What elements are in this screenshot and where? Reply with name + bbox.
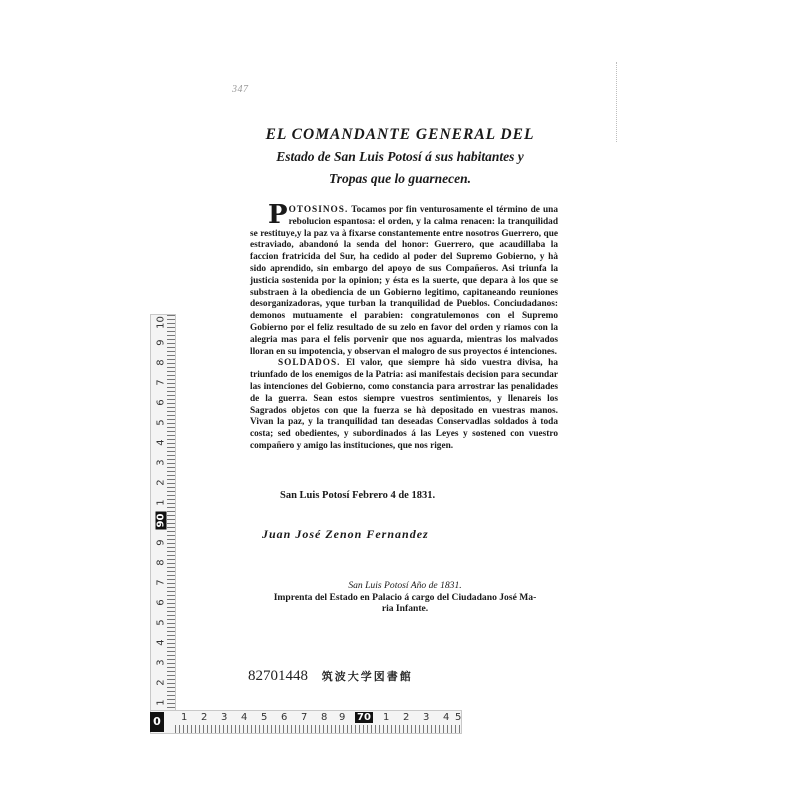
paragraph-lead: OTOSINOS. xyxy=(289,205,349,215)
catalog-number: 82701448 xyxy=(248,668,308,684)
ruler-origin: 0 xyxy=(150,712,164,732)
ruler-label: 7 xyxy=(301,712,307,723)
title-line-1: EL COMANDANTE GENERAL DEL xyxy=(230,124,570,146)
vertical-scale-ruler: 10 9 8 7 6 5 4 3 2 1 90 9 8 7 6 5 4 3 2 … xyxy=(150,314,176,726)
ruler-ticks xyxy=(167,315,175,725)
ruler-label: 6 xyxy=(156,596,167,610)
date-line: San Luis Potosí Febrero 4 de 1831. xyxy=(280,490,435,501)
ruler-label: 7 xyxy=(156,576,167,590)
horizontal-scale-ruler: 1 2 3 4 5 6 7 8 9 70 1 2 3 4 5 xyxy=(150,710,462,734)
ruler-label: 9 xyxy=(339,712,345,723)
margin-mark xyxy=(616,62,623,142)
ruler-label: 1 xyxy=(181,712,187,723)
ruler-label: 2 xyxy=(156,676,167,690)
ruler-label: 4 xyxy=(156,436,167,450)
paragraph-text: Tocamos por fin venturosamente el términ… xyxy=(250,205,558,357)
ruler-label: 7 xyxy=(156,376,167,390)
imprint-printer: Imprenta del Estado en Palacio á cargo d… xyxy=(250,592,560,604)
ruler-label: 8 xyxy=(156,556,167,570)
ruler-label: 4 xyxy=(443,712,449,723)
paragraph-soldados: SOLDADOS. El valor, que siempre hà sido … xyxy=(250,358,558,452)
ruler-label: 3 xyxy=(221,712,227,723)
ruler-label: 6 xyxy=(281,712,287,723)
ruler-label: 3 xyxy=(156,656,167,670)
ruler-label: 5 xyxy=(156,616,167,630)
ruler-label: 9 xyxy=(156,536,167,550)
ruler-label: 2 xyxy=(403,712,409,723)
ruler-label-highlight: 90 xyxy=(156,516,167,530)
paragraph-potosinos: POTOSINOS. Tocamos por fin venturosament… xyxy=(250,205,558,358)
title-line-2: Estado de San Luis Potosí á sus habitant… xyxy=(230,146,570,168)
ruler-label: 5 xyxy=(455,712,461,723)
catalog-stamp: 82701448 筑波大学図書館 xyxy=(248,668,413,685)
imprint: San Luis Potosí Año de 1831. Imprenta de… xyxy=(250,580,560,615)
paragraph-lead: SOLDADOS. xyxy=(278,358,340,368)
library-name: 筑波大学図書館 xyxy=(322,670,413,683)
ruler-label: 8 xyxy=(321,712,327,723)
document-title: EL COMANDANTE GENERAL DEL Estado de San … xyxy=(230,124,570,190)
imprint-printer-cont: ria Infante. xyxy=(250,603,560,615)
ruler-label: 4 xyxy=(241,712,247,723)
ruler-label: 3 xyxy=(156,456,167,470)
ruler-label: 10 xyxy=(156,316,167,330)
ruler-label: 6 xyxy=(156,396,167,410)
drop-cap: P xyxy=(268,205,288,225)
signature: Juan José Zenon Fernandez xyxy=(262,527,429,542)
paragraph-text: El valor, que siempre hà sido vuestra di… xyxy=(250,358,558,451)
ruler-label: 9 xyxy=(156,336,167,350)
ruler-label: 1 xyxy=(383,712,389,723)
page-annotation: 347 xyxy=(232,84,249,95)
ruler-ticks xyxy=(175,725,461,733)
ruler-label: 2 xyxy=(201,712,207,723)
imprint-place: San Luis Potosí Año de 1831. xyxy=(250,580,560,592)
ruler-label: 2 xyxy=(156,476,167,490)
ruler-label: 4 xyxy=(156,636,167,650)
ruler-label: 3 xyxy=(423,712,429,723)
ruler-label: 1 xyxy=(156,696,167,710)
ruler-label: 8 xyxy=(156,356,167,370)
ruler-label: 5 xyxy=(261,712,267,723)
ruler-label: 1 xyxy=(156,496,167,510)
ruler-label-highlight: 70 xyxy=(355,712,373,723)
ruler-label: 5 xyxy=(156,416,167,430)
proclamation-body: POTOSINOS. Tocamos por fin venturosament… xyxy=(250,205,558,453)
title-line-3: Tropas que lo guarnecen. xyxy=(230,168,570,190)
